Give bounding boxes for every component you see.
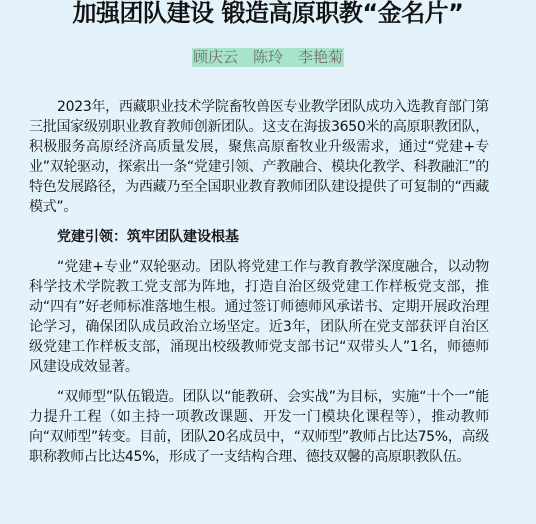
section-paragraph: “双师型”队伍锻造。团队以“能教研、会实战”为目标，实施“十个一”能力提升工程（… [29,387,489,467]
section-paragraph: “党建+专业”双轮驱动。团队将党建工作与教育教学深度融合，以动物科学技术学院教工… [29,257,489,377]
intro-paragraph: 2023年，西藏职业技术学院畜牧兽医专业教学团队成功入选教育部门第三批国家级别职… [29,97,489,217]
section-heading: 党建引领：筑牢团队建设根基 [29,227,489,247]
article-authors: 顾庆云 陈玲 李艳菊 [192,48,344,67]
article-body: 2023年，西藏职业技术学院畜牧兽医专业教学团队成功入选教育部门第三批国家级别职… [29,97,489,477]
authors-line: 顾庆云 陈玲 李艳菊 [0,47,536,67]
article-title: 加强团队建设 锻造高原职教“金名片” [0,0,536,30]
